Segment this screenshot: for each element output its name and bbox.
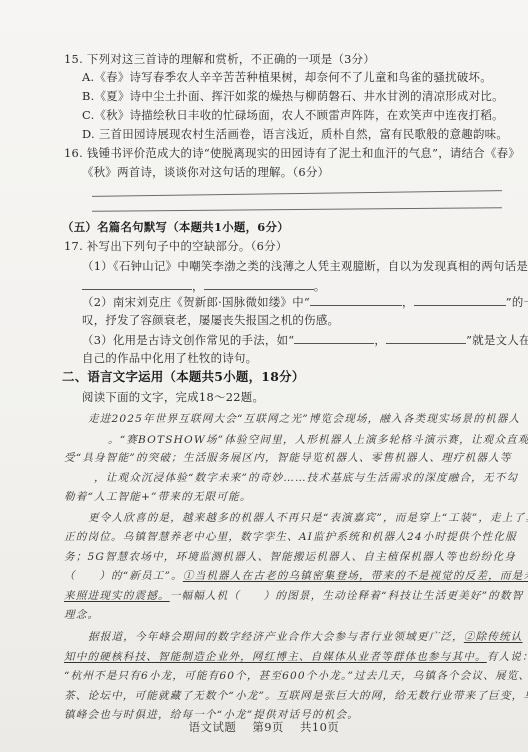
fill-blank[interactable] [414,294,506,306]
footer-page: 第9页 [252,720,284,734]
q17-item3: （3）化用是古诗文创作常见的手法，如“，”就是文人在 [82,332,528,347]
passage-p1-line: 走进2025年世界互联网大会“互联网之光”博览会现场，融入各类现实场景的机器人 [88,412,520,426]
fill-blank[interactable] [294,332,374,344]
fill-blank[interactable] [64,470,94,481]
passage-p2-line: 来照进现实的震撼。一幅幅人机（ ）的图景，生动诠释着“科技让生活更美好”的数智 [64,589,523,603]
passage-p1-line: ，让观众沉浸体验“数字未来”的奇妙……技术基底与生活需求的深度融合，无不勾 [64,470,518,485]
fill-blank[interactable] [386,332,466,344]
q15-stem: 15. 下列对这三首诗的理解和赏析，不正确的一项是（3分） [64,52,375,66]
q15-option-b: B.《夏》诗中尘土扑面、挥汗如浆的燥热与柳荫磐石、井水甘洌的清凉形成对比。 [82,89,504,103]
passage-p1-line: 。“赛BOTSHOW场”体验空间里，人形机器人上演多轮格斗演示赛，让观众直观感 [64,432,528,447]
q16-line1: 16. 钱锺书评价范成大的诗“使脱离现实的田园诗有了泥土和血汗的气息”，请结合《… [64,146,520,160]
passage-p2-line: 更令人欣喜的是，越来越多的机器人不再只是“表演嘉宾”，而是穿上“工装”，走上了真 [88,511,528,525]
passage-p3-line: 据报道，今年峰会期间的数字经济产业合作大会参与者行业领域更广泛，②除传统认 [88,630,523,644]
section-2-title: 二、语言文字运用（本题共5小题，18分） [62,370,305,384]
fill-blank[interactable] [82,278,192,290]
passage-p2-line: 正的岗位。乌镇智慧养老中心里，数字孪生、AI监护系统和机器人24小时提供个性化服 [64,530,517,544]
q17-item1: （1）《石钟山记》中嘲笑李渤之类的浅薄之人凭主观臆断，自以为发现真相的两句话是 [82,259,528,273]
underlined-sentence-2: ②除传统认 [464,631,523,643]
underlined-sentence-1-cont: 来照进现实的震撼。 [64,590,170,602]
answer-line[interactable] [92,207,502,212]
q17-item3-cont: 自己的作品中化用了杜牧的诗句。 [82,351,257,365]
passage-p3-line: 知中的硬核科技、智能制造企业外，网红博主、自媒体从业者等群体也参与其中。有人说： [64,650,528,664]
underlined-sentence-2-cont: 知中的硬核科技、智能制造企业外，网红博主、自媒体从业者等群体也参与其中。 [64,651,487,663]
section-5-title: （五）名篇名句默写（本题共1小题，6分） [62,220,289,234]
passage-p2-line: 理念。 [64,608,99,622]
footer-subject: 语文试题 [189,720,237,734]
section-2-intro: 阅读下面的文字，完成18～22题。 [82,390,264,404]
q15-option-d: D. 三首田园诗展现农村生活画卷，语言浅近，质朴自然，富有民歌般的意趣韵味。 [82,127,508,141]
fill-blank[interactable] [204,278,314,290]
exam-page: 15. 下列对这三首诗的理解和赏析，不正确的一项是（3分） A.《春》诗写春季农… [0,0,528,752]
q17-item1-blanks: ，。 [82,278,325,293]
q15-option-c: C.《秋》诗描绘秋日丰收的忙碌场面，农人不顾雷声阵阵，在欢笑声中连夜打稻。 [82,108,504,122]
fill-blank[interactable] [64,432,108,443]
passage-p2-line: 务；5G智慧农场中，环境监测机器人、智能搬运机器人、自主植保机器人等也纷纷化身 [64,550,516,564]
page-footer: 语文试题 第9页 共10页 [0,719,528,735]
q17-item2-cont: 叹，抒发了容颜衰老，屡屡丧失报国之机的伤感。 [82,313,339,327]
passage-p2-line: （ ）的“新员工”。①当机器人在古老的乌镇密集登场，带来的不是视觉的反差，而是未 [64,569,528,583]
passage-p1-line: 勒着“人工智能+”带来的无限可能。 [64,490,252,504]
q16-line2: 《秋》两首诗，谈谈你对这句话的理解。（6分） [82,165,329,179]
underlined-sentence-1: ①当机器人在古老的乌镇密集登场，带来的不是视觉的反差，而是未 [183,570,528,582]
answer-line[interactable] [92,190,502,197]
passage-p3-line: 茶、论坛中，可能就藏了无数个“小龙”。互联网是张巨大的网，给无数行业带来了巨变，… [64,689,528,703]
q17-item2: （2）南宋刘克庄《贺新郎·国脉微如缕》中“，”的一声长 [82,294,528,309]
q15-option-a: A.《春》诗写春季农人辛辛苦苦种植果树，却奈何不了儿童和鸟雀的骚扰破坏。 [82,70,492,84]
footer-total: 共10页 [300,720,339,734]
passage-p1-line: 受“具身智能”的突破；生活服务展区内，智能导览机器人、零售机器人、理疗机器人等 [64,451,512,465]
fill-blank[interactable] [310,294,402,306]
passage-p3-line: “杭州不是只有6小龙，可能有60个，甚至600个小龙。”过去几天，乌镇各个会议、… [64,669,528,683]
q17-stem: 17. 补写出下列句子中的空缺部分。（6分） [64,239,288,253]
